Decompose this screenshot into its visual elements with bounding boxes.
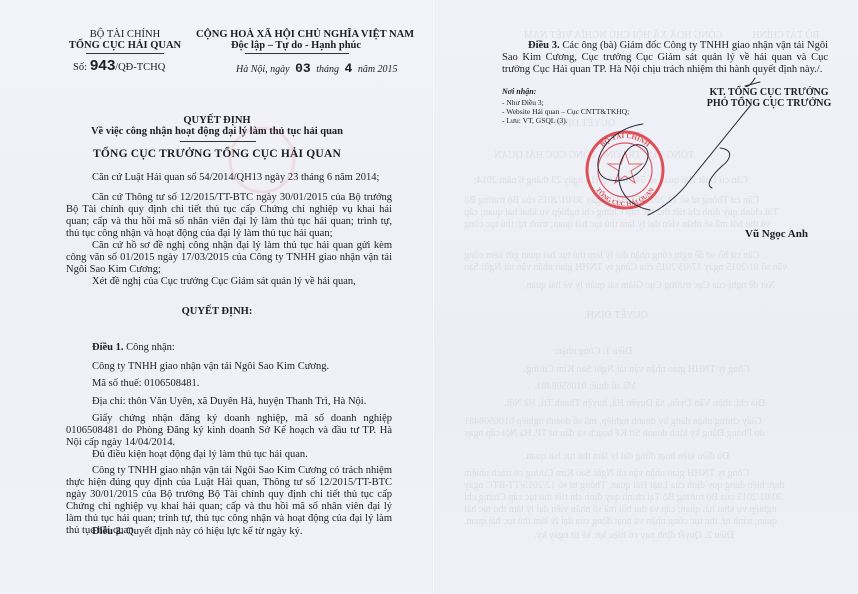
article-1-registration: Giấy chứng nhận đăng ký doanh nghiệp, mã…	[66, 413, 392, 449]
article-1-address: Địa chỉ: thôn Văn Uyên, xã Duyên Hà, huy…	[66, 396, 392, 408]
preamble-2: Căn cứ Thông tư số 12/2015/TT-BTC ngày 3…	[66, 192, 392, 240]
agency-underline	[86, 53, 164, 54]
recipient-item: - Lưu: VT, GSQL (3).	[502, 116, 568, 125]
preamble-4: Xét đề nghị của Cục trưởng Cục Giám sát …	[66, 276, 392, 288]
signature-title-1: KT. TỔNG CỤC TRƯỞNG	[694, 87, 844, 98]
ministry-name: BỘ TÀI CHÍNH	[70, 29, 180, 40]
national-motto: Độc lập – Tự do - Hạnh phúc	[228, 40, 364, 51]
date-month-label: tháng	[316, 64, 339, 75]
nation-name: CỘNG HOÀ XÃ HỘI CHỦ NGHĨA VIỆT NAM	[196, 29, 396, 40]
document-subject: Về việc công nhận hoạt động đại lý làm t…	[0, 126, 434, 137]
issuing-authority: TỔNG CỤC TRƯỞNG TỔNG CỤC HẢI QUAN	[0, 148, 434, 160]
article-1-tax-code: Mã số thuế: 0106508481.	[66, 378, 392, 390]
motto-underline	[245, 53, 349, 54]
document-title: QUYẾT ĐỊNH	[0, 115, 434, 126]
number-value: 943	[90, 58, 116, 75]
issue-date: Hà Nội, ngày 03 tháng 4 năm 2015	[236, 61, 398, 76]
recipient-item: - Như Điều 3;	[502, 98, 544, 107]
date-place: Hà Nội, ngày	[236, 64, 290, 75]
recipient-item: - Website Hải quan – Cục CNTT&TKHQ;	[502, 107, 629, 116]
article-3: Điều 3. Các ông (bà) Giám đốc Công ty TN…	[502, 40, 828, 76]
agency-name: TỔNG CỤC HẢI QUAN	[63, 40, 187, 51]
subject-underline	[180, 141, 256, 142]
number-prefix: Số:	[73, 62, 87, 73]
document-page-left: BỘ TÀI CHÍNH TỔNG CỤC HẢI QUAN Số: 943/Q…	[0, 0, 434, 594]
recipients-title: Nơi nhận:	[502, 87, 536, 96]
article-1-intro: Điều 1. Công nhận:	[66, 342, 392, 354]
signer-name: Vũ Ngọc Anh	[745, 228, 808, 240]
date-year: năm 2015	[358, 64, 398, 75]
article-1-company: Công ty TNHH giao nhận vận tải Ngôi Sao …	[66, 361, 392, 373]
decision-heading: QUYẾT ĐỊNH:	[0, 306, 434, 317]
document-number: Số: 943/QĐ-TCHQ	[73, 58, 165, 75]
signature-title-2: PHÓ TỔNG CỤC TRƯỞNG	[694, 98, 844, 109]
preamble-3: Căn cứ hồ sơ đề nghị công nhận đại lý là…	[66, 240, 392, 276]
preamble-1: Căn cứ Luật Hải quan số 54/2014/QH13 ngà…	[66, 172, 392, 184]
number-suffix: /QĐ-TCHQ	[115, 62, 165, 73]
date-day: 03	[292, 61, 314, 76]
date-month: 4	[342, 61, 356, 76]
article-1-eligibility: Đủ điều kiện hoạt động đại lý làm thủ tụ…	[66, 449, 392, 461]
article-2: Điều 2. Quyết định này có hiệu lực kể từ…	[66, 526, 392, 538]
